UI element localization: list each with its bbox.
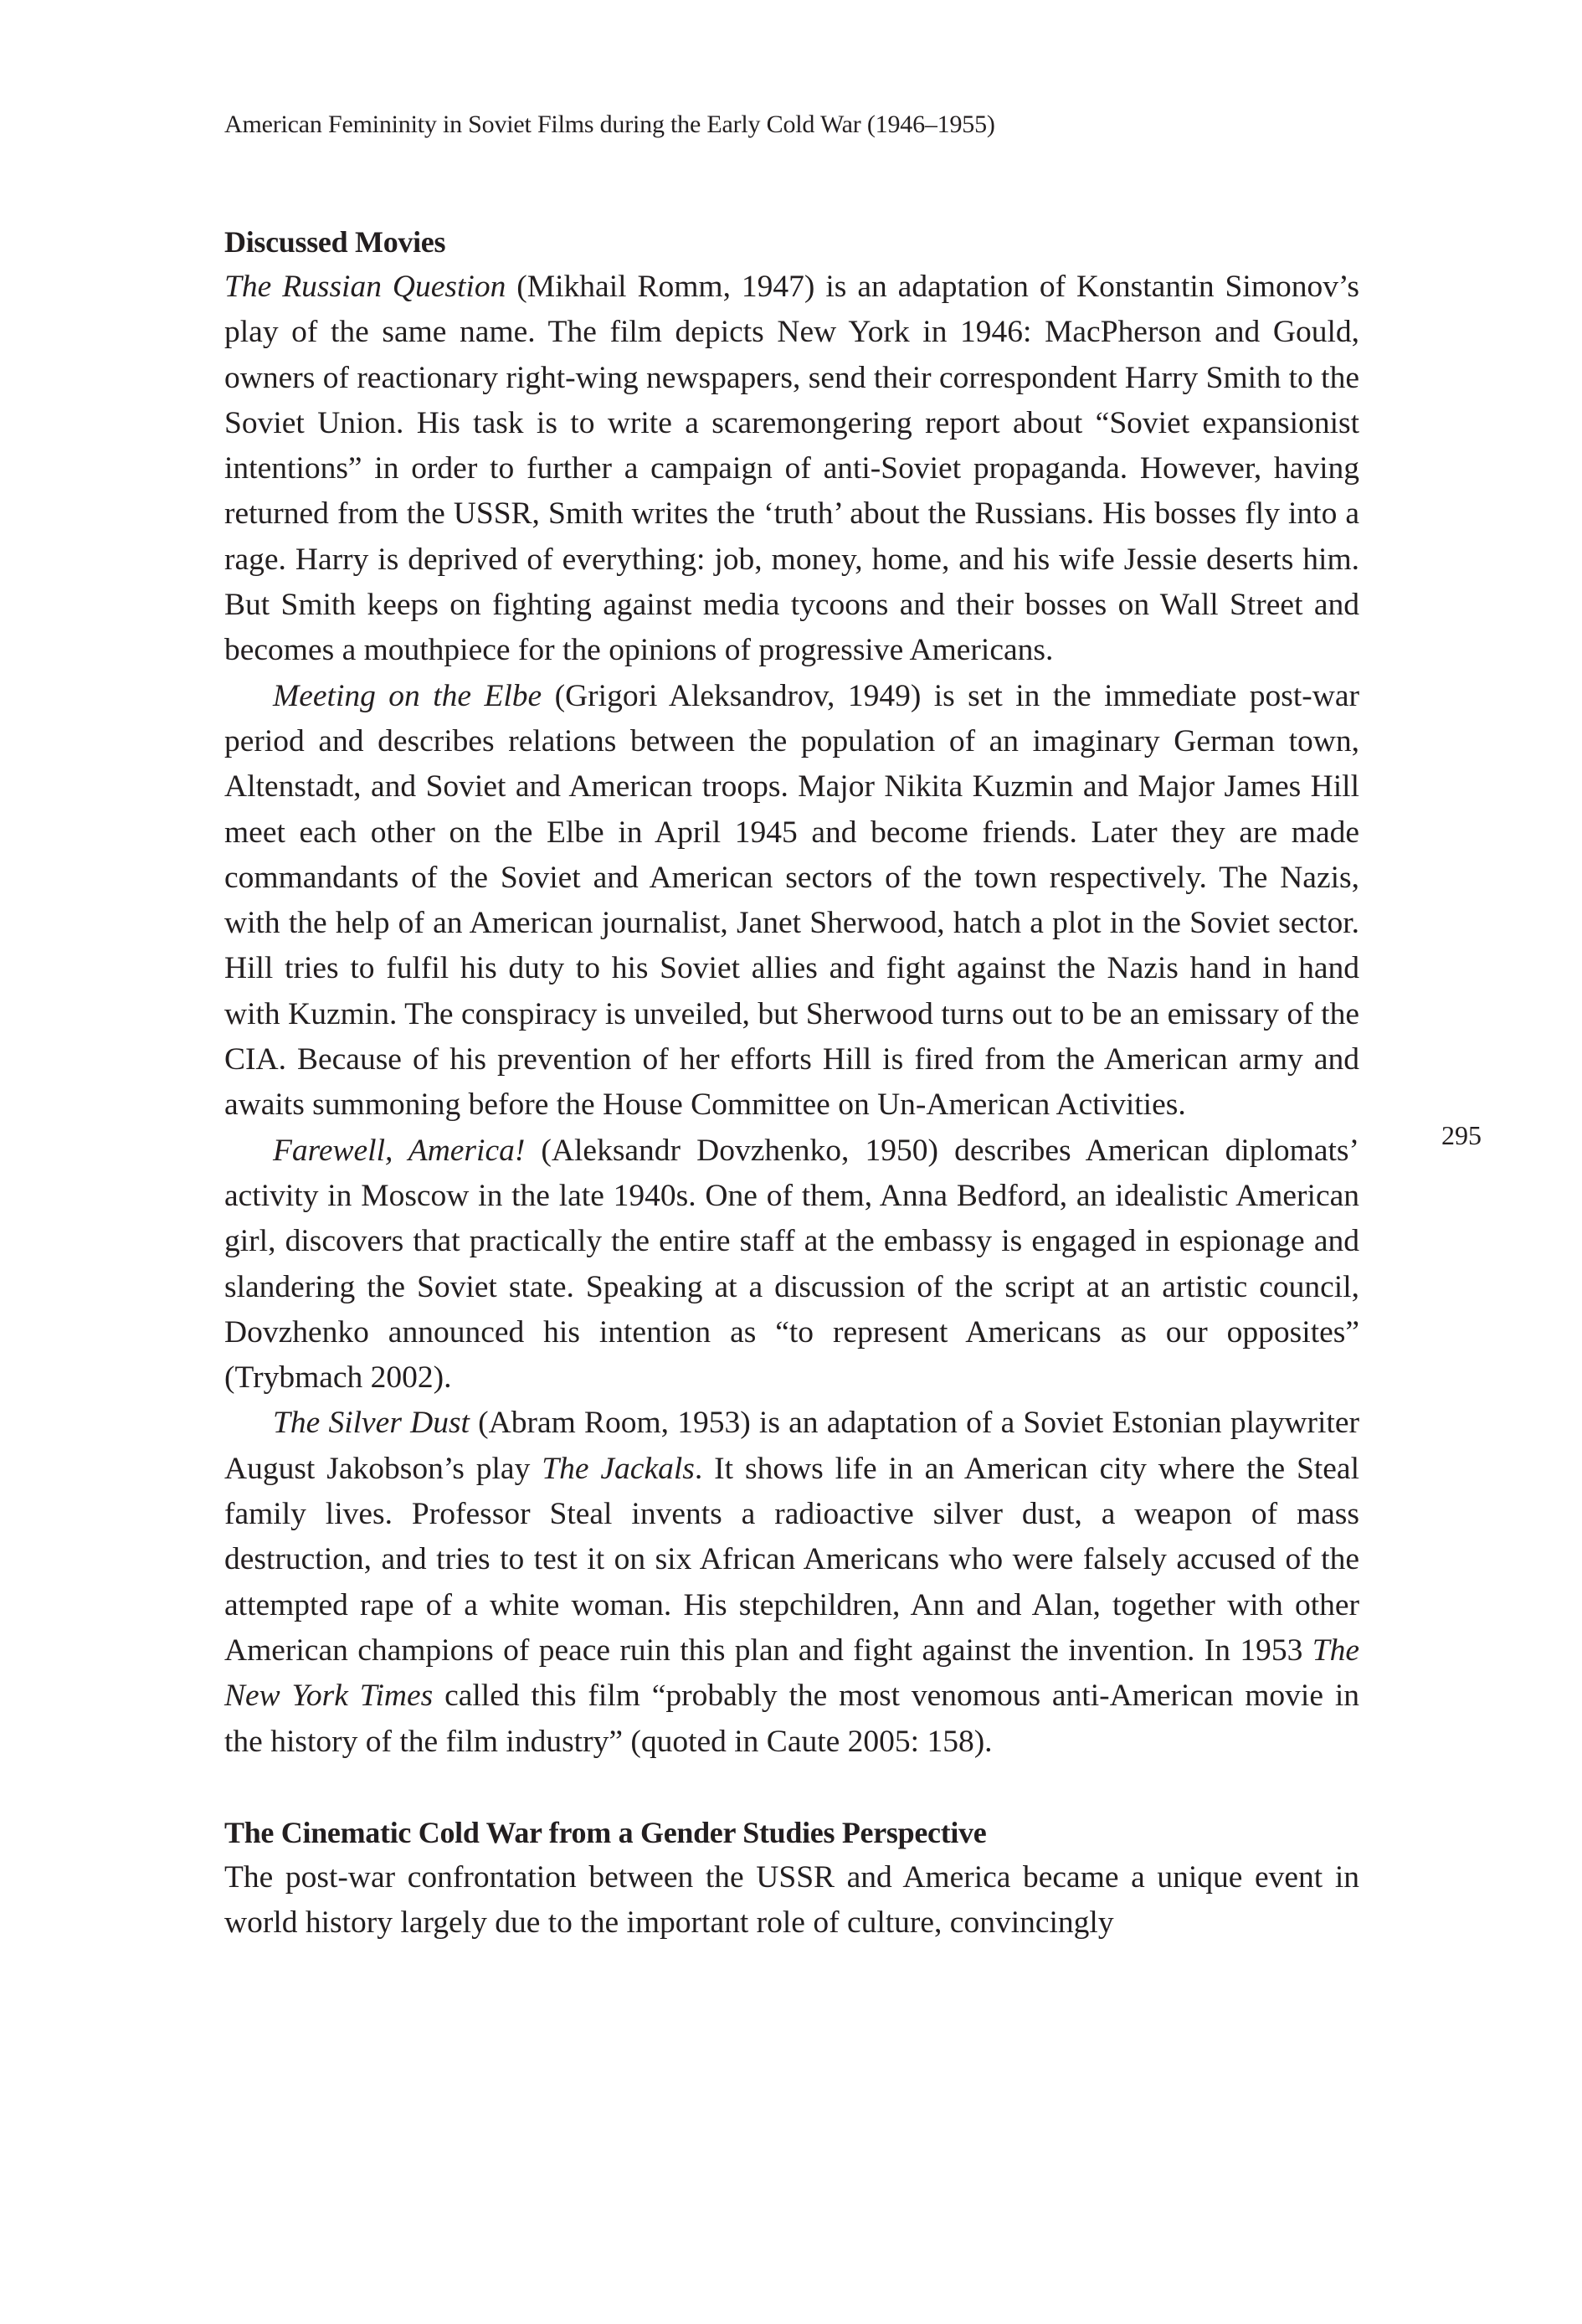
running-head: American Femininity in Soviet Films duri… bbox=[224, 111, 995, 139]
play-title: The Jackals bbox=[542, 1452, 695, 1486]
paragraph-farewell-america: Farewell, America! (Aleksandr Dovzhenko,… bbox=[224, 1129, 1359, 1401]
section-gap bbox=[224, 1765, 1359, 1810]
paragraph-silver-dust: The Silver Dust (Abram Room, 1953) is an… bbox=[224, 1401, 1359, 1764]
section-heading-discussed-movies: Discussed Movies bbox=[224, 219, 1359, 265]
paragraph-meeting-on-the-elbe: Meeting on the Elbe (Grigori Aleksandrov… bbox=[224, 674, 1359, 1129]
body-column: Discussed Movies The Russian Question (M… bbox=[224, 219, 1359, 1946]
paragraph-post-war-confrontation: The post-war confrontation between the U… bbox=[224, 1855, 1359, 1946]
paragraph-russian-question: The Russian Question (Mikhail Romm, 1947… bbox=[224, 265, 1359, 674]
film-title: Meeting on the Elbe bbox=[273, 679, 542, 713]
page-number: 295 bbox=[1441, 1120, 1482, 1151]
film-title: The Silver Dust bbox=[273, 1406, 470, 1440]
film-title: Farewell, America! bbox=[273, 1134, 525, 1168]
film-title: The Russian Question bbox=[224, 270, 506, 304]
section-heading-gender-studies: The Cinematic Cold War from a Gender Stu… bbox=[224, 1810, 1359, 1855]
